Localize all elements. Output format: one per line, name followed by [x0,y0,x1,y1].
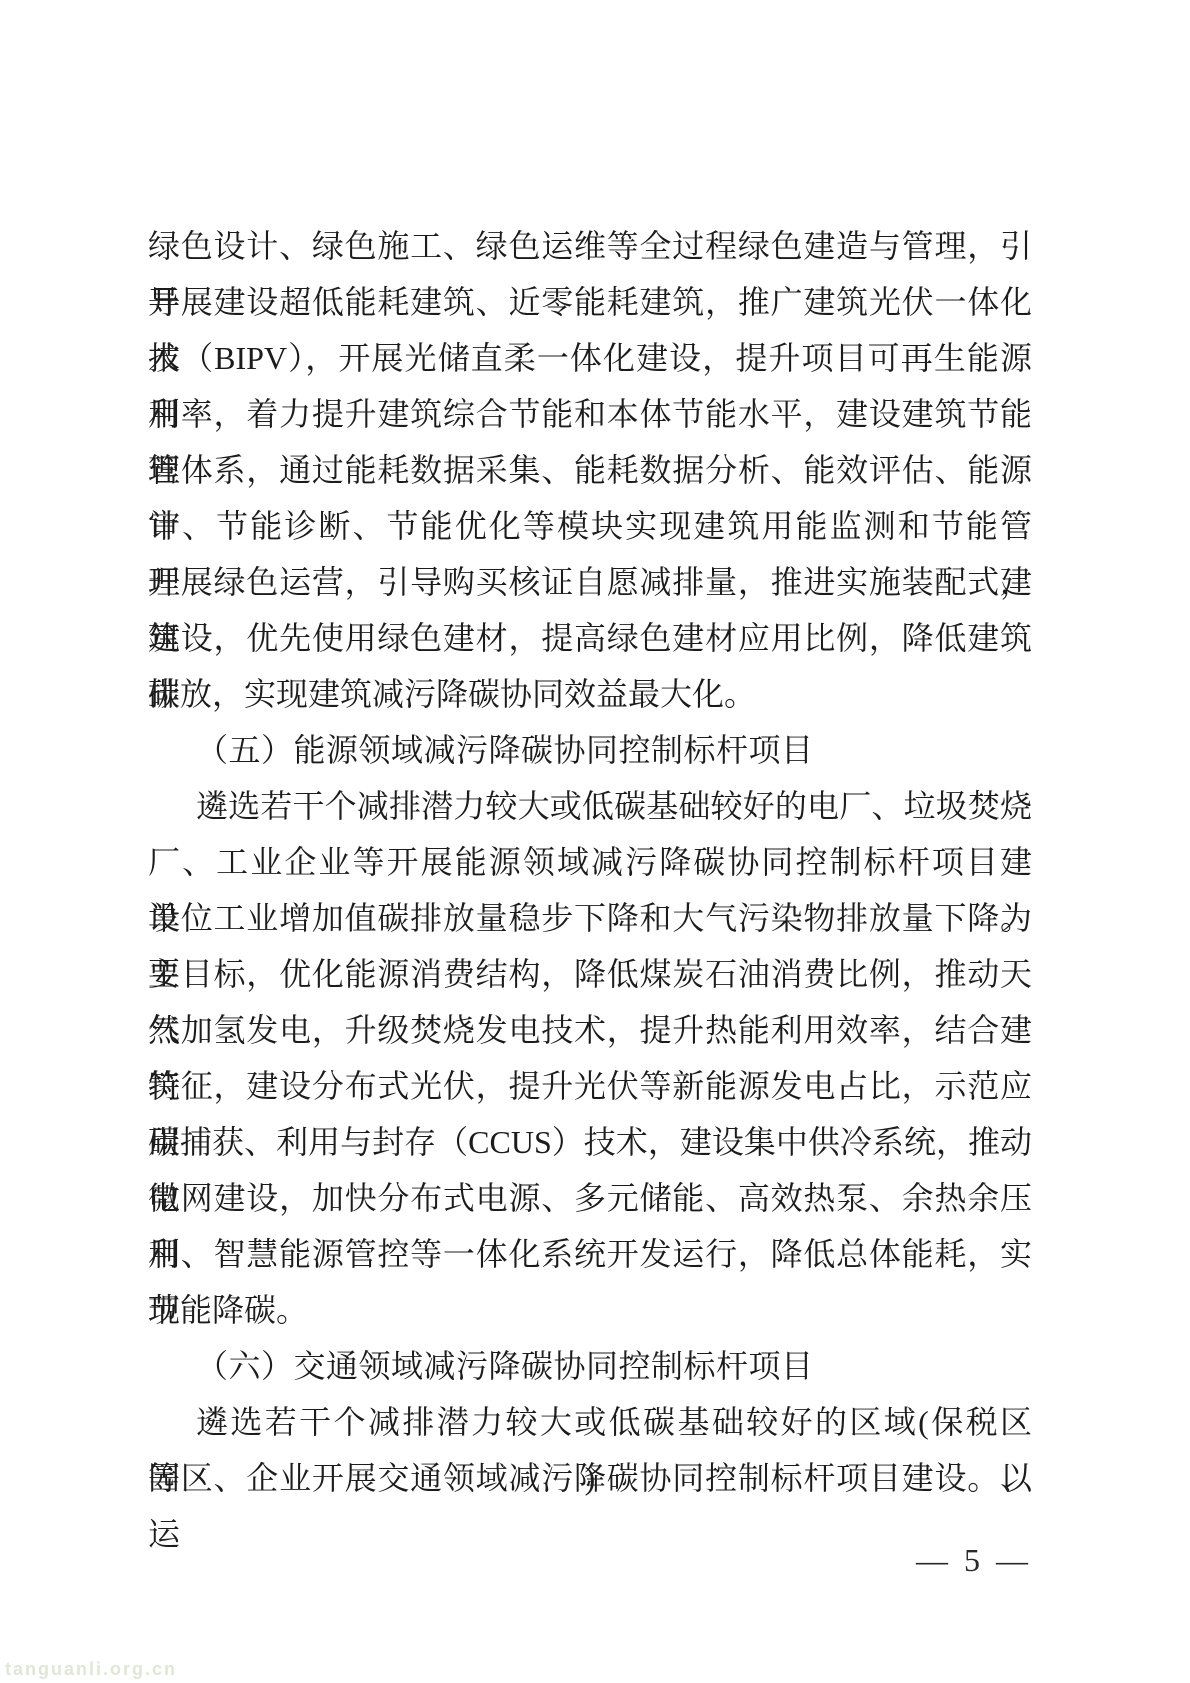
text-line: 用、智慧能源管控等一体化系统开发运行，降低总体能耗，实现 [148,1226,1032,1282]
section-heading: （五）能源领域减污降碳协同控制标杆项目 [148,722,1032,778]
watermark: tanguanli.org.cn [5,1658,177,1680]
text-line: 绿色设计、绿色施工、绿色运维等全过程绿色建造与管理，引导 [148,218,1032,274]
section-heading: （六）交通领域减污降碳协同控制标杆项目 [148,1338,1032,1394]
text-line: 计、节能诊断、节能优化等模块实现建筑用能监测和节能管理， [148,498,1032,554]
text-line: 碳捕获、利用与封存（CCUS）技术，建设集中供冷系统，推动微 [148,1114,1032,1170]
text-line: 建设，优先使用绿色建材，提高绿色建材应用比例，降低建筑碳 [148,610,1032,666]
text-line: 术（BIPV），开展光储直柔一体化建设，提升项目可再生能源利 [148,330,1032,386]
text-line: 开展建设超低能耗建筑、近零能耗建筑，推广建筑光伏一体化技 [148,274,1032,330]
text-line: 电网建设，加快分布式电源、多元储能、高效热泵、余热余压利 [148,1170,1032,1226]
text-line: 单位工业增加值碳排放量稳步下降和大气污染物排放量下降为主 [148,890,1032,946]
text-line: 遴选若干个减排潜力较大或低碳基础较好的电厂、垃圾焚烧 [148,778,1032,834]
text-line: 用率，着力提升建筑综合节能和本体节能水平，建设建筑节能管 [148,386,1032,442]
text-line: 园区、企业开展交通领域减污降碳协同控制标杆项目建设。以运 [148,1450,1032,1506]
text-line: 开展绿色运营，引导购买核证自愿减排量，推进实施装配式建筑 [148,554,1032,610]
text-line: 理体系，通过能耗数据采集、能耗数据分析、能效评估、能源审 [148,442,1032,498]
text-line: 特征，建设分布式光伏，提升光伏等新能源发电占比，示范应用 [148,1058,1032,1114]
document-page: 绿色设计、绿色施工、绿色运维等全过程绿色建造与管理，引导开展建设超低能耗建筑、近… [0,0,1190,1683]
text-line: 厂、工业企业等开展能源领域减污降碳协同控制标杆项目建设。 [148,834,1032,890]
text-line: 排放，实现建筑减污降碳协同效益最大化。 [148,666,1032,722]
text-line: 气加氢发电，升级焚烧发电技术，提升热能利用效率，结合建筑 [148,1002,1032,1058]
text-line: 要目标，优化能源消费结构，降低煤炭石油消费比例，推动天然 [148,946,1032,1002]
text-line: 遴选若干个减排潜力较大或低碳基础较好的区域(保税区等)、 [148,1394,1032,1450]
text-line: 节能降碳。 [148,1282,1032,1338]
document-body: 绿色设计、绿色施工、绿色运维等全过程绿色建造与管理，引导开展建设超低能耗建筑、近… [148,218,1032,1506]
page-number: — 5 — [916,1540,1032,1580]
